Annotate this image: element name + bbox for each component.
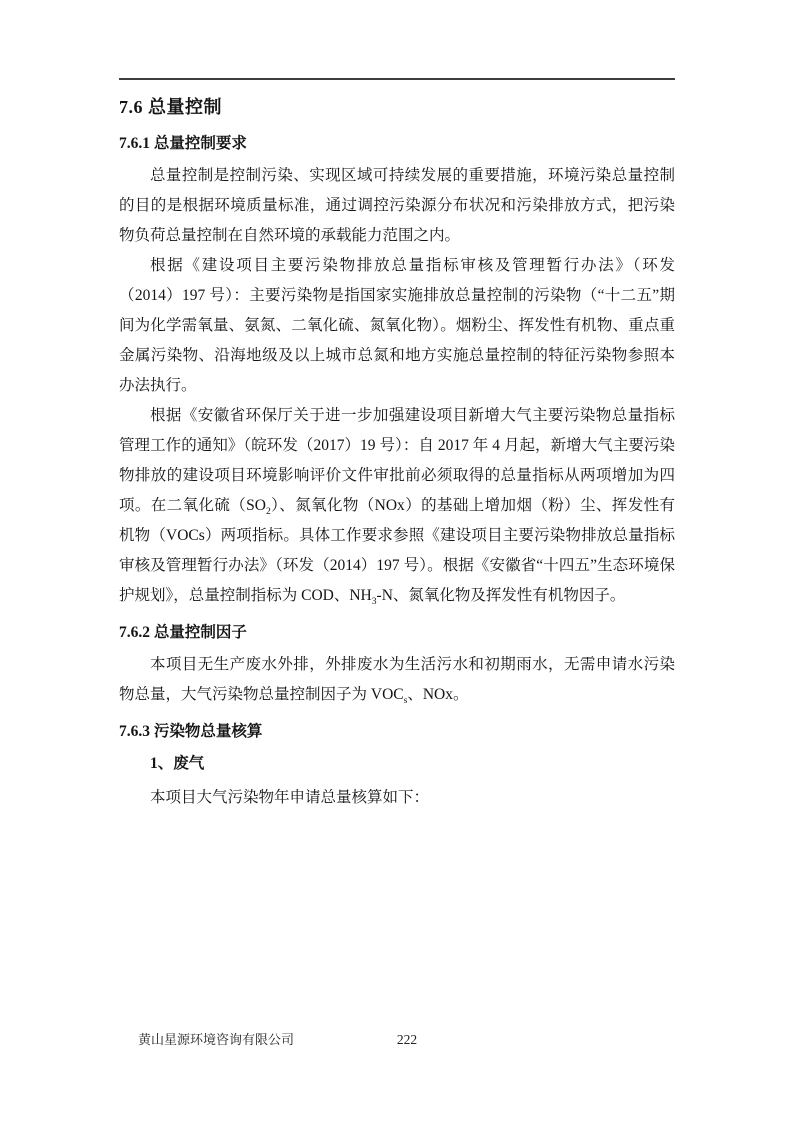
header-rule <box>119 78 675 80</box>
paragraph-national-measure: 根据《建设项目主要污染物排放总量指标审核及管理暂行办法》（环发（2014）197… <box>119 251 675 401</box>
list-item-heading-waste-gas: 1、废气 <box>119 751 675 777</box>
footer-company-name: 黄山星源环境咨询有限公司 <box>138 1031 294 1049</box>
document-page: { "document": { "heading": "7.6 总量控制", "… <box>0 0 793 1122</box>
subsection-heading-7-6-3: 7.6.3 污染物总量核算 <box>119 721 675 743</box>
subsection-heading-7-6-2: 7.6.2 总量控制因子 <box>119 622 675 644</box>
subsection-heading-7-6-1: 7.6.1 总量控制要求 <box>119 133 675 155</box>
paragraph-total-control-intro: 总量控制是控制污染、实现区域可持续发展的重要措施，环境污染总量控制的目的是根据环… <box>119 161 675 251</box>
section-heading-7-6: 7.6 总量控制 <box>119 95 675 119</box>
page-content: 7.6 总量控制 7.6.1 总量控制要求 总量控制是控制污染、实现区域可持续发… <box>119 0 675 813</box>
paragraph-control-factors: 本项目无生产废水外排，外排废水为生活污水和初期雨水，无需申请水污染物总量，大气污… <box>119 650 675 710</box>
footer-page-number: 222 <box>397 1031 417 1049</box>
paragraph-anhui-notice: 根据《安徽省环保厅关于进一步加强建设项目新增大气主要污染物总量指标管理工作的通知… <box>119 401 675 611</box>
paragraph-annual-total-intro: 本项目大气污染物年申请总量核算如下： <box>119 783 675 813</box>
